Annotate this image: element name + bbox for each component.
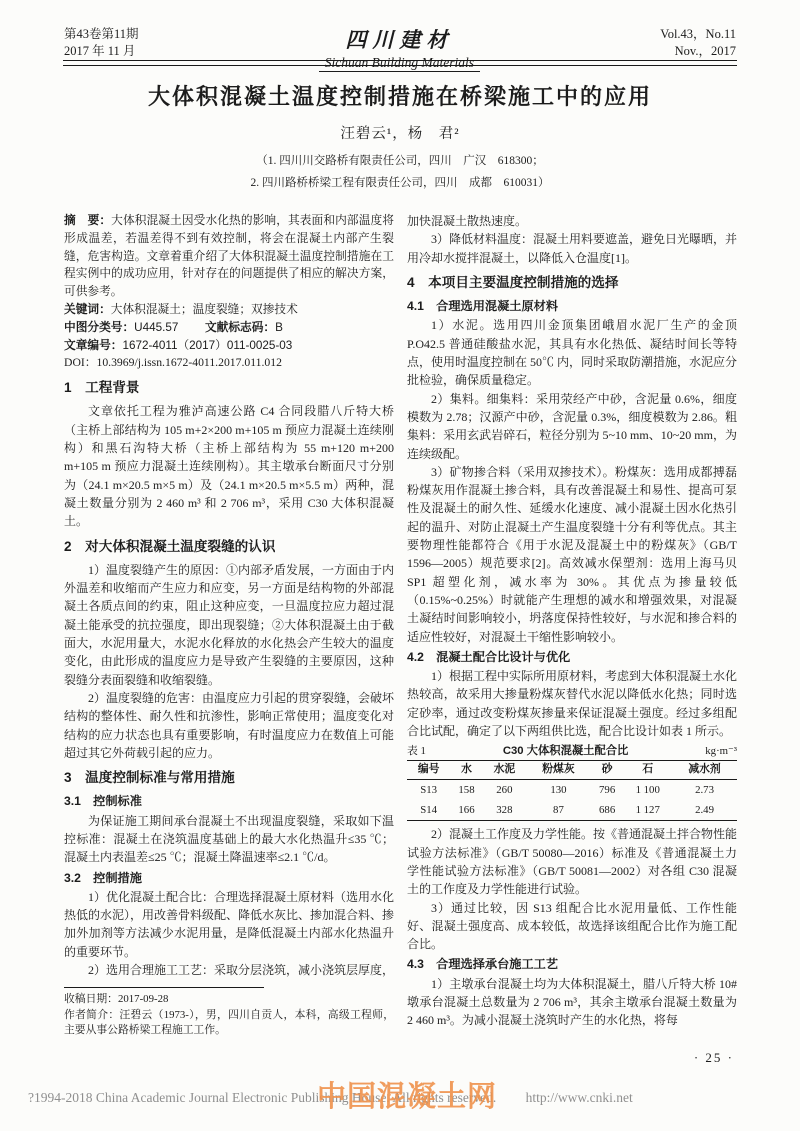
table-header-cell: 编号 bbox=[407, 761, 450, 780]
section-1-paragraph: 文章依托工程为雅泸高速公路 C4 合同段腊八斤特大桥（主桥上部结构为 105 m… bbox=[64, 402, 394, 530]
doc-code-value: B bbox=[275, 321, 283, 334]
issue-volume-line: 第43卷第11期 bbox=[64, 26, 139, 43]
page-number: · 25 · bbox=[694, 1050, 734, 1066]
affiliation-2: 2. 四川路桥桥梁工程有限责任公司，四川 成都 610031） bbox=[0, 172, 800, 194]
article-body: 摘 要：大体积混凝土因受水化热的影响，其表面和内部温度将形成温差，若温差得不到有… bbox=[64, 212, 737, 1039]
authors-line: 汪碧云¹，杨 君² bbox=[0, 122, 800, 143]
clc-value: U445.57 bbox=[134, 321, 178, 334]
section-4-2-paragraph-1: 1）根据工程中实际所用原材料，考虑到大体积混凝土水化热较高，故采用大掺量粉煤灰替… bbox=[407, 667, 737, 740]
issue-info: 第43卷第11期 2017 年 11 月 bbox=[64, 26, 139, 60]
section-3-2-paragraph-3: 3）降低材料温度：混凝土用料要遮盖，避免日光曝晒，并用冷却水搅拌混凝土，以降低入… bbox=[407, 230, 737, 267]
doi-line: DOI：10.3969/j.issn.1672-4011.2017.011.01… bbox=[64, 354, 394, 372]
table-label: 表 1 bbox=[407, 743, 426, 759]
header-divider-rule bbox=[63, 60, 737, 66]
section-3-1-subheading: 3.1 控制标准 bbox=[64, 792, 394, 810]
abstract-label: 摘 要： bbox=[64, 214, 111, 227]
watermark-text: 中国混凝土网 bbox=[317, 1074, 497, 1115]
table-cell: 328 bbox=[483, 800, 526, 821]
table-cell: 2.73 bbox=[672, 780, 737, 801]
table-cell: S14 bbox=[407, 800, 450, 821]
mix-proportion-table: 表 1 C30 大体积混凝土配合比 kg·m⁻³ 编号 水 水泥 粉煤灰 砂 石 bbox=[407, 743, 737, 821]
section-4-1-paragraph-2: 2）集料。细集料：采用荥经产中砂，含泥量 0.6%，细度模数为 2.78；汉源产… bbox=[407, 390, 737, 463]
table-header-cell: 减水剂 bbox=[672, 761, 737, 780]
table-title: C30 大体积混凝土配合比 bbox=[503, 743, 629, 759]
page-title: 大体积混凝土温度控制措施在桥梁施工中的应用 bbox=[0, 80, 800, 111]
table-cell: 260 bbox=[483, 780, 526, 801]
section-4-heading: 4 本项目主要温度控制措施的选择 bbox=[407, 274, 737, 292]
table-grid: 编号 水 水泥 粉煤灰 砂 石 减水剂 S13 158 bbox=[407, 760, 737, 821]
section-2-paragraph-1: 1）温度裂缝产生的原因：①内部矛盾发展，一方面由于内外温差和收缩而产生应力和应变… bbox=[64, 561, 394, 689]
article-id-label: 文章编号： bbox=[64, 339, 122, 352]
section-4-2-paragraph-2: 2）混凝土工作度及力学性能。按《普通混凝土拌合物性能试验方法标准》（GB/T 5… bbox=[407, 825, 737, 898]
section-4-1-subheading: 4.1 合理选用混凝土原材料 bbox=[407, 297, 737, 315]
table-cell: 1 127 bbox=[623, 800, 672, 821]
affiliations: （1. 四川川交路桥有限责任公司，四川 广汉 618300； 2. 四川路桥桥梁… bbox=[0, 150, 800, 194]
table-cell: 1 100 bbox=[623, 780, 672, 801]
keywords-label: 关键词： bbox=[64, 303, 111, 316]
table-header-cell: 水 bbox=[450, 761, 482, 780]
doc-code-label: 文献标志码： bbox=[205, 321, 275, 334]
volume-info: Vol.43，No.11 Nov.，2017 bbox=[660, 26, 736, 60]
table-header-cell: 砂 bbox=[591, 761, 623, 780]
journal-logo-chinese: 四川建材 bbox=[319, 24, 480, 54]
article-id-value: 1672-4011（2017）011-0025-03 bbox=[122, 339, 292, 352]
section-4-3-subheading: 4.3 合理选择承台施工工艺 bbox=[407, 955, 737, 973]
table-cell: 2.49 bbox=[672, 800, 737, 821]
section-4-2-paragraph-3: 3）通过比较，因 S13 组配合比水泥用量低、工作性能好、混凝土强度高、成本较低… bbox=[407, 899, 737, 954]
abstract-text: 大体积混凝土因受水化热的影响，其表面和内部温度将形成温差，若温差得不到有效控制，… bbox=[64, 214, 394, 298]
table-header-row: 编号 水 水泥 粉煤灰 砂 石 减水剂 bbox=[407, 761, 737, 780]
continued-paragraph: 加快混凝土散热速度。 bbox=[407, 212, 737, 230]
doi-value: 10.3969/j.issn.1672-4011.2017.011.012 bbox=[96, 356, 282, 369]
section-3-1-paragraph: 为保证施工期间承台混凝土不出现温度裂缝，采取如下温控标准：混凝土在浇筑温度基础上… bbox=[64, 812, 394, 867]
clc-line: 中图分类号：U445.57 文献标志码：B bbox=[64, 319, 394, 337]
author-bio-line: 作者简介：汪碧云（1973-），男，四川自贡人，本科，高级工程师，主要从事公路桥… bbox=[64, 1008, 394, 1039]
volume-number-line: Vol.43，No.11 bbox=[660, 26, 736, 43]
section-4-3-paragraph-1: 1）主墩承台混凝土均为大体积混凝土，腊八斤特大桥 10#墩承台混凝土总数量为 2… bbox=[407, 975, 737, 1030]
issue-date-line: 2017 年 11 月 bbox=[64, 43, 139, 60]
abstract-block: 摘 要：大体积混凝土因受水化热的影响，其表面和内部温度将形成温差，若温差得不到有… bbox=[64, 212, 394, 301]
section-3-2-paragraph-2: 2）选用合理施工工艺：采取分层浇筑，减小浇筑层厚度， bbox=[64, 961, 394, 979]
right-column: 加快混凝土散热速度。 3）降低材料温度：混凝土用料要遮盖，避免日光曝晒，并用冷却… bbox=[407, 212, 737, 1039]
footnote-rule bbox=[64, 987, 264, 988]
paper-page: 第43卷第11期 2017 年 11 月 四川建材 Sichuan Buildi… bbox=[0, 0, 800, 1131]
volume-date-line: Nov.，2017 bbox=[660, 43, 736, 60]
table-cell: 87 bbox=[526, 800, 591, 821]
clc-label: 中图分类号： bbox=[64, 321, 134, 334]
table-cell: 130 bbox=[526, 780, 591, 801]
table-header-cell: 石 bbox=[623, 761, 672, 780]
table-header-cell: 水泥 bbox=[483, 761, 526, 780]
table-cell: 166 bbox=[450, 800, 482, 821]
left-column: 摘 要：大体积混凝土因受水化热的影响，其表面和内部温度将形成温差，若温差得不到有… bbox=[64, 212, 394, 1039]
table-cell: S13 bbox=[407, 780, 450, 801]
section-2-heading: 2 对大体积混凝土温度裂缝的认识 bbox=[64, 538, 394, 556]
affiliation-1: （1. 四川川交路桥有限责任公司，四川 广汉 618300； bbox=[0, 150, 800, 172]
section-3-2-subheading: 3.2 控制措施 bbox=[64, 869, 394, 887]
article-id-line: 文章编号：1672-4011（2017）011-0025-03 bbox=[64, 337, 394, 355]
section-4-1-paragraph-1: 1）水泥。选用四川金顶集团峨眉水泥厂生产的金顶 P.O42.5 普通硅酸盐水泥，… bbox=[407, 316, 737, 389]
section-3-heading: 3 温度控制标准与常用措施 bbox=[64, 769, 394, 787]
table-header-cell: 粉煤灰 bbox=[526, 761, 591, 780]
table-caption: 表 1 C30 大体积混凝土配合比 kg·m⁻³ bbox=[407, 743, 737, 759]
table-row: S13 158 260 130 796 1 100 2.73 bbox=[407, 780, 737, 801]
keywords-text: 大体积混凝土；温度裂缝；双掺技术 bbox=[111, 303, 298, 316]
doi-label: DOI： bbox=[64, 356, 96, 369]
section-4-1-paragraph-3: 3）矿物掺合料（采用双掺技术）。粉煤灰：选用成都搏磊粉煤灰用作混凝土掺合料，具有… bbox=[407, 463, 737, 646]
received-date-line: 收稿日期：2017-09-28 bbox=[64, 992, 394, 1008]
section-4-2-subheading: 4.2 混凝土配合比设计与优化 bbox=[407, 648, 737, 666]
section-3-2-paragraph-1: 1）优化混凝土配合比：合理选择混凝土原材料（选用水化热低的水泥），用改善骨料级配… bbox=[64, 888, 394, 961]
table-row: S14 166 328 87 686 1 127 2.49 bbox=[407, 800, 737, 821]
section-1-heading: 1 工程背景 bbox=[64, 379, 394, 397]
table-cell: 796 bbox=[591, 780, 623, 801]
section-2-paragraph-2: 2）温度裂缝的危害：由温度应力引起的贯穿裂缝，会破坏结构的整体性、耐久性和抗渗性… bbox=[64, 689, 394, 762]
table-unit: kg·m⁻³ bbox=[705, 743, 737, 759]
table-cell: 158 bbox=[450, 780, 482, 801]
keywords-line: 关键词：大体积混凝土；温度裂缝；双掺技术 bbox=[64, 301, 394, 319]
cnki-url: http://www.cnki.net bbox=[526, 1090, 633, 1105]
table-cell: 686 bbox=[591, 800, 623, 821]
